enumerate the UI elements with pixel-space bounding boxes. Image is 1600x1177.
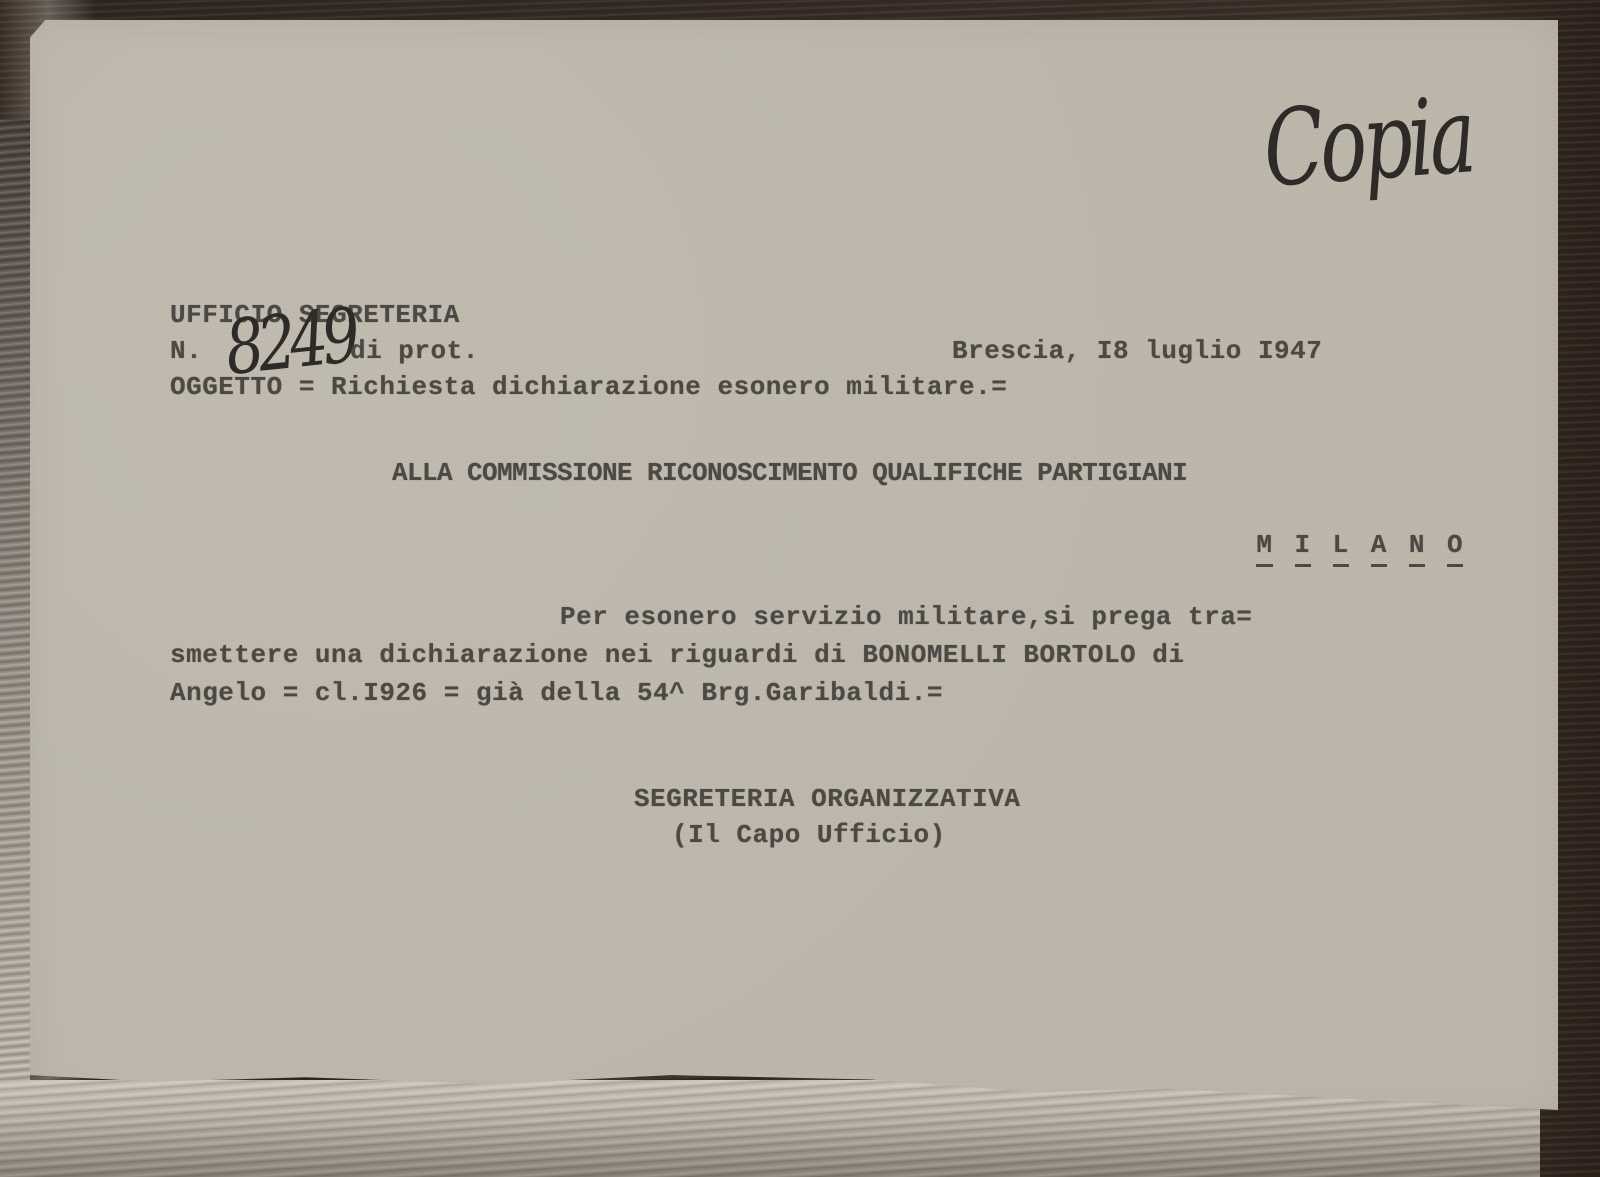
protocol-suffix: di prot. (350, 334, 479, 368)
place-and-date: Brescia, I8 luglio I947 (952, 334, 1322, 368)
city-letter: O (1447, 528, 1463, 567)
city-letter: N (1409, 528, 1425, 567)
letter-paper: Copia UFFICIO SEGRETERIA N. 8249 di prot… (30, 20, 1558, 1110)
body-line-2: smettere una dichiarazione nei riguardi … (170, 638, 1184, 672)
handwritten-copia-note: Copia (1260, 75, 1476, 211)
signature-title: (Il Capo Ufficio) (672, 818, 946, 852)
recipient-city: MILANO (1192, 494, 1485, 601)
protocol-prefix: N. (170, 334, 202, 368)
desk-surface-left (0, 120, 30, 1080)
city-letter: M (1256, 528, 1272, 567)
signature-office: SEGRETERIA ORGANIZZATIVA (634, 782, 1020, 816)
subject-line: OGGETTO = Richiesta dichiarazione esoner… (170, 370, 1007, 404)
body-line-1: Per esonero servizio militare,si prega t… (560, 600, 1252, 634)
city-letter: L (1333, 528, 1349, 567)
body-line-3: Angelo = cl.I926 = già della 54^ Brg.Gar… (170, 676, 943, 710)
city-letter: A (1371, 528, 1387, 567)
city-letter: I (1295, 528, 1311, 567)
recipient-line: ALLA COMMISSIONE RICONOSCIMENTO QUALIFIC… (392, 456, 1187, 490)
